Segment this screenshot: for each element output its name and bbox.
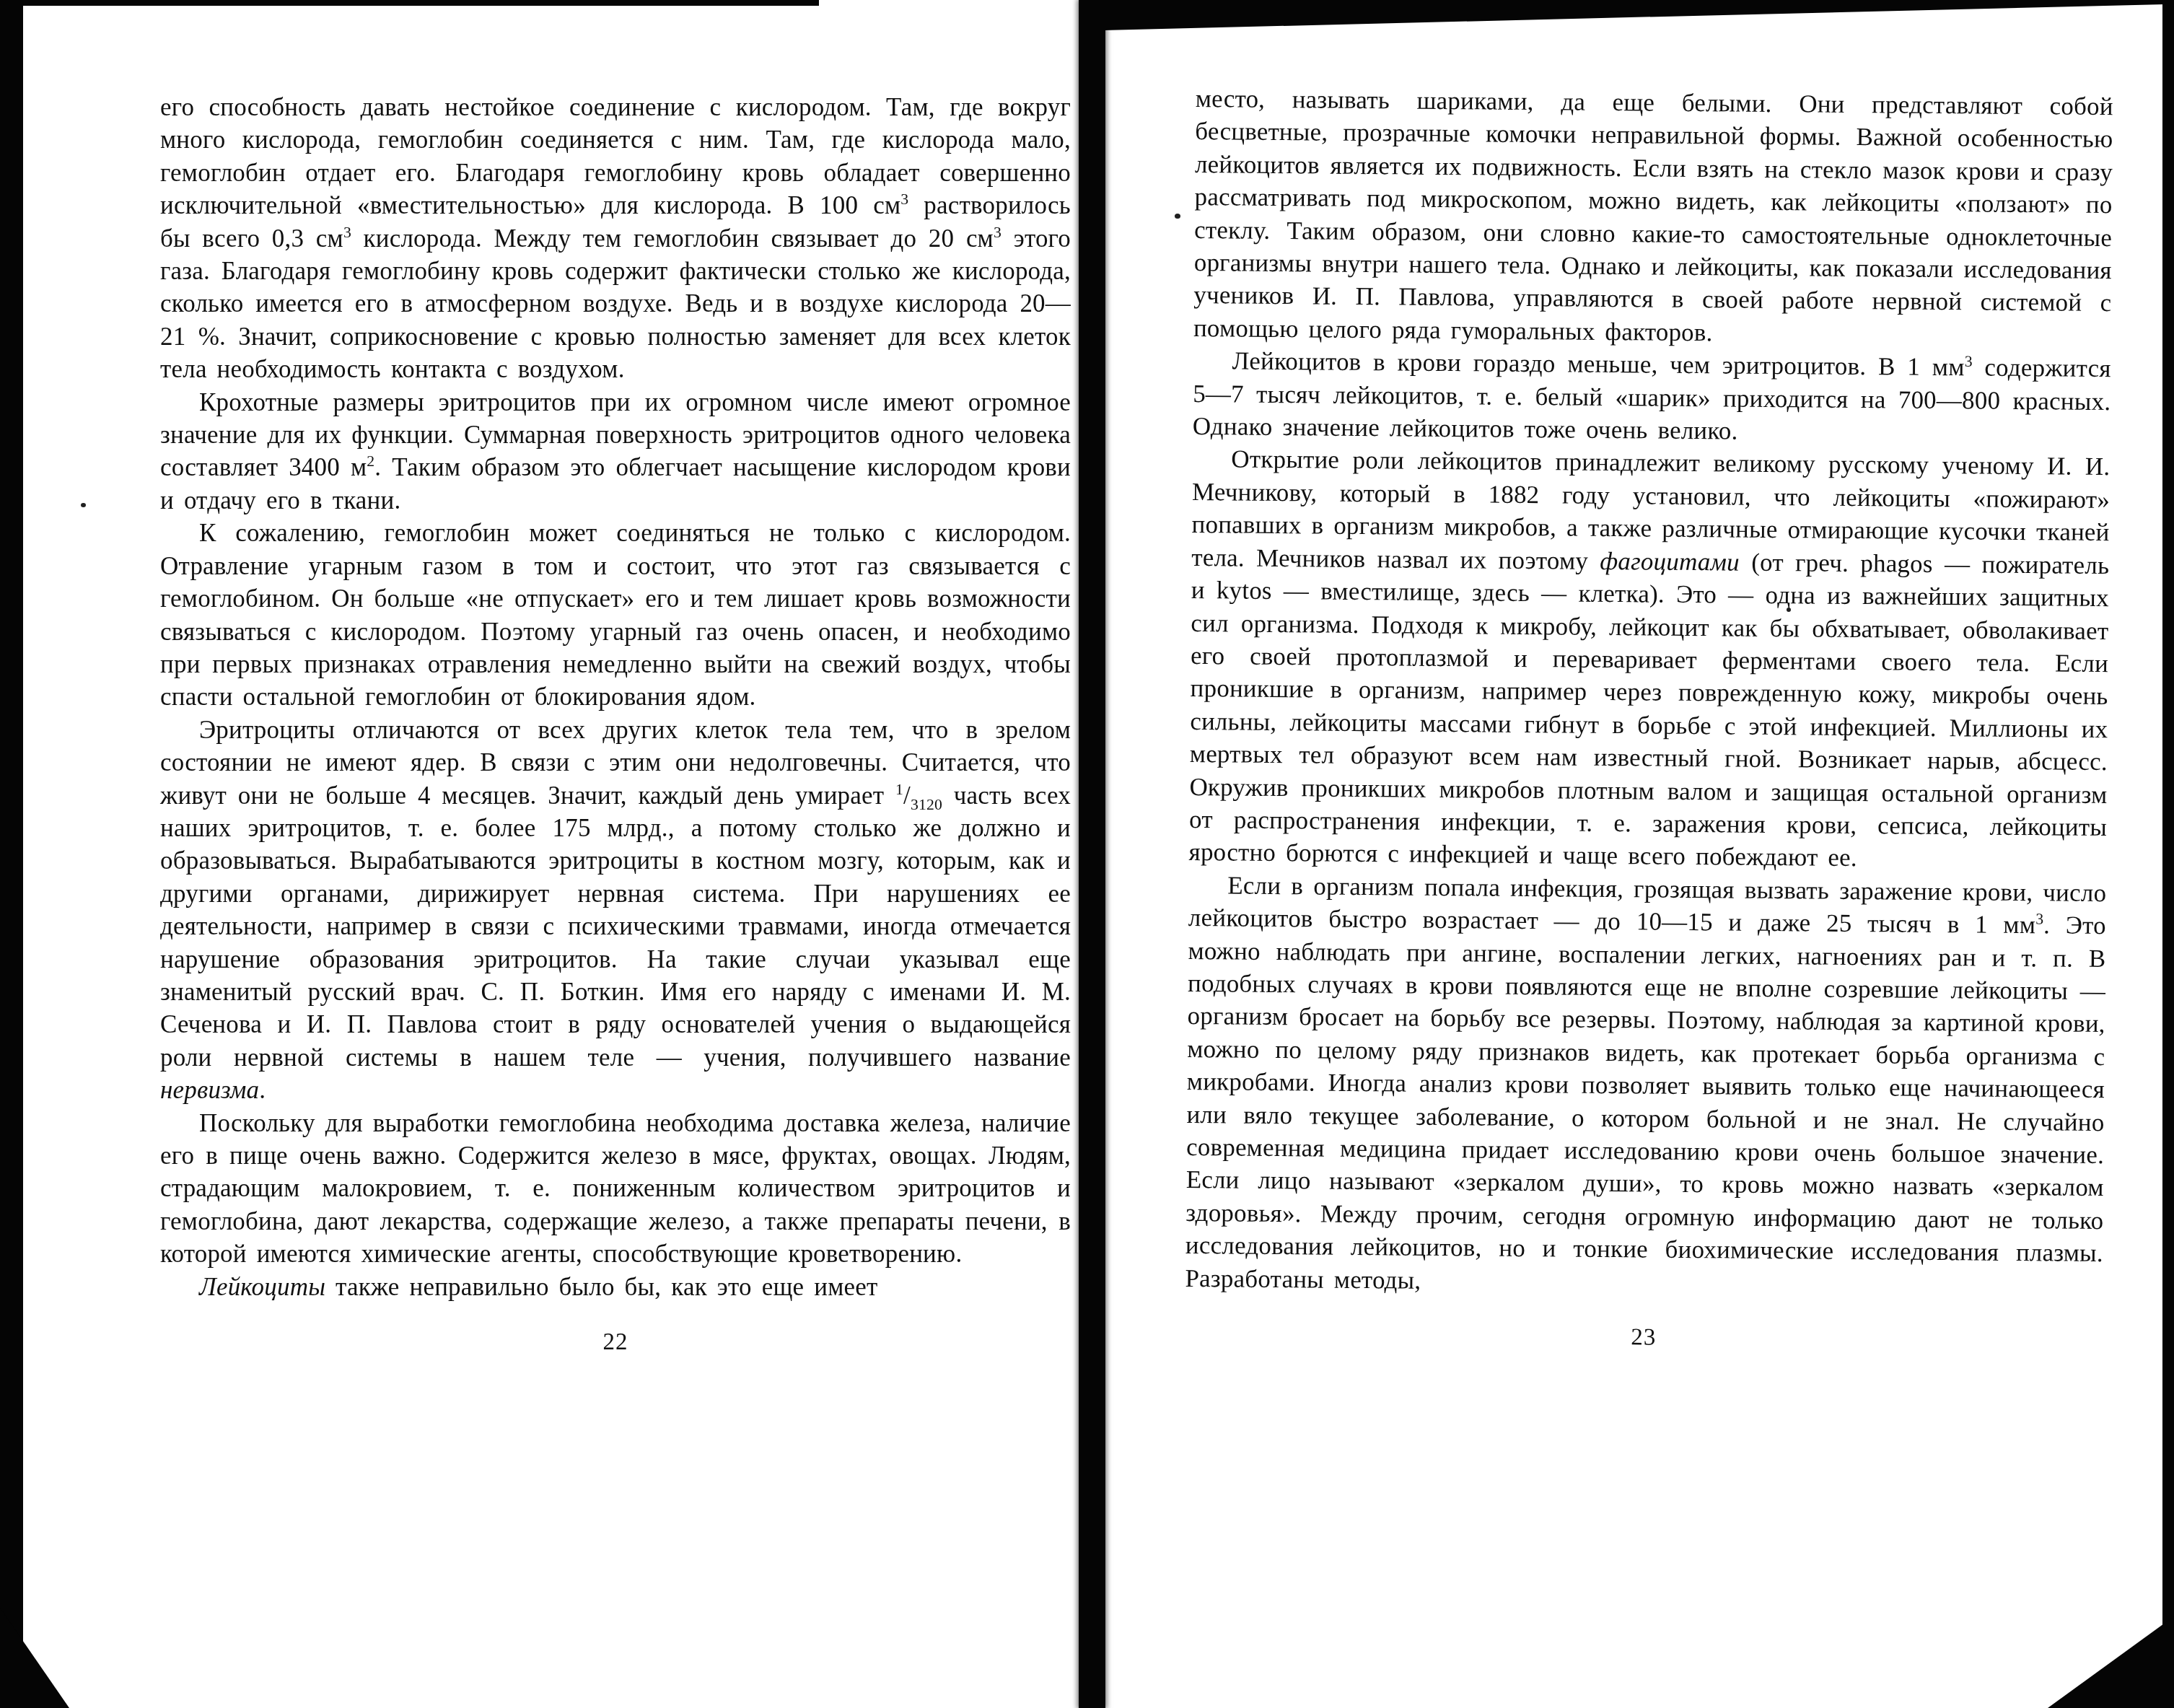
page-right-text-column: место, называть шариками, да еще белыми.… — [1185, 82, 2113, 1358]
scan-edge-right — [2162, 0, 2174, 1708]
page-number: 23 — [1185, 1318, 2103, 1359]
ink-speck — [1787, 608, 1791, 612]
page-number: 22 — [160, 1326, 1071, 1359]
book-gutter-shadow — [1079, 0, 1105, 1708]
corner-shadow-bottom-left — [0, 1608, 69, 1708]
paragraph: Если в организм попала инфекция, грозяща… — [1185, 869, 2106, 1302]
book-scan: его способность давать нестойкое соедине… — [0, 0, 2174, 1708]
ink-speck — [1175, 214, 1180, 219]
paragraph: Лейкоциты также неправильно было бы, как… — [160, 1271, 1071, 1303]
paragraph: Лейкоцитов в крови гораздо меньше, чем э… — [1193, 344, 2111, 450]
corner-shadow-bottom-right — [2048, 1616, 2174, 1708]
page-left-text-column: его способность давать нестойкое соедине… — [160, 91, 1071, 1359]
paragraph: Крохотные размеры эритроцитов при их огр… — [160, 386, 1071, 517]
paragraph: его способность давать нестойкое соедине… — [160, 91, 1071, 386]
paragraph: Поскольку для выработки гемоглобина необ… — [160, 1107, 1071, 1271]
paragraph: К сожалению, гемоглобин может соединятьс… — [160, 517, 1071, 713]
paragraph: место, называть шариками, да еще белыми.… — [1193, 82, 2113, 352]
scan-edge-left — [0, 0, 23, 1708]
ink-speck — [81, 503, 86, 507]
scan-edge-top-left — [0, 0, 819, 6]
scan-edge-top-right — [1104, 0, 2165, 30]
paragraph: Эритроциты отличаются от всех других кле… — [160, 714, 1071, 1107]
paragraph: Открытие роли лейкоцитов принадлежит вел… — [1188, 442, 2110, 876]
